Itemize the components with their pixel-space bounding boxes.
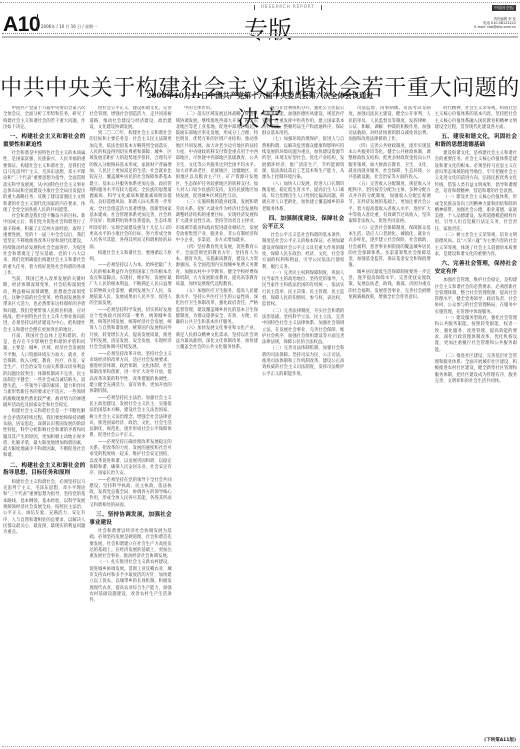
contact-line: E-mail: shb@shb.com.cn [456, 25, 516, 29]
paragraph: ——必须坚持民主法治。加强社会主义民主政治建设，发展社会主义民主，实施依法治国基… [89, 396, 171, 440]
section-heading: 五、建设和谐文化，巩固社会和谐的思想道德基础 [435, 134, 517, 149]
continuation-note: (下转第A11版) [484, 737, 516, 743]
text-column-4: 统与非营利组织分开。强化公立医院公共服务职能，加强医德医风建设，规范医疗管理，注… [262, 106, 344, 734]
paragraph: 社会和谐是我们党不懈奋斗的目标。新中国成立后，我们党为促进社会和谐进行了艰辛探索… [3, 214, 85, 277]
paragraph: 当前，我国已进入改革发展的关键时期，经济体制深刻变革，社会结构深刻变动，利益格局… [3, 277, 85, 334]
paragraph: （三）实施积极的就业政策，发展和谐劳动关系。把扩大就业作为经济社会发展和调整经济… [176, 200, 258, 244]
paragraph: 构建社会主义和谐社会，必须坚持以马克思列宁主义、毛泽东思想、邓小平理论和“三个代… [3, 480, 85, 537]
paragraph: ——必须坚持在党的领导下全社会共同建设。坚持科学执政、民主执政、依法执政，发挥党… [89, 478, 171, 509]
text-column-1: 中国共产党第十六届中央委员会第六次全体会议，全面分析了形势和任务，研究了构建社会… [3, 106, 85, 734]
section-heading: 二、构建社会主义和谐社会的指导思想、目标任务和原则 [3, 463, 85, 478]
paragraph: ——必须坚持正确处理改革发展稳定的关系。把改革的力度、发展的速度和社会可承受的程… [89, 440, 171, 478]
paragraph: 司法监督，同事制衡。司法考试等制度。加强司法民主建设，健全公开审判、人民陪审员、… [348, 106, 430, 144]
paragraph: 目前，我国社会总体上是和谐的。但是，也存在不少影响社会和谐的矛盾和问题，主要是：… [3, 334, 85, 410]
paragraph: （七）加强环境治理保护，促进人与自然相和谐。以解决危害群众健康和影响可持续发展的… [262, 137, 344, 181]
section-heading: 四、加强制度建设，保障社会公平正义 [262, 216, 344, 231]
paragraph: 中国共产党第十六届中央委员会第六次全体会议，全面分析了形势和任务，研究了构建社会… [3, 106, 85, 131]
section-heading: 一、构建社会主义和谐社会的重要性和紧迫性 [3, 134, 85, 149]
edition-title: 专版 [244, 10, 292, 45]
paragraph: 城乡居民最低生活保障制度要进一步完善，逐步提高保障水平。完善优抚安置政策。发展以… [348, 270, 430, 301]
paragraph: 构建社会主义和谐社会是一个不断化解社会矛盾的持续过程。我们要始终保持清醒头脑，居… [3, 409, 85, 459]
divider-bar [254, 5, 255, 10]
paragraph: 建设和谐文化，是构建社会主义和谐社会的重要任务。社会主义核心价值体系是建设和谐文… [435, 151, 517, 195]
paragraph: （四）坚持教育优先发展，促进教育公平。全面贯彻党的教育方针，坚持育人为本、德育为… [176, 245, 258, 289]
top-dotted-rule [0, 2, 520, 3]
paragraph: （二）落实区域发展总体战略，促进区域协调发展。继续推进西部大开发，振兴东北地区等… [176, 112, 258, 200]
article-subheadline: 2006年10月11日中国共产党第十六届中央委员会第六次全体会议通过 [0, 91, 520, 101]
paragraph: ——必须坚持改革开放。坚持社会主义市场经济的改革方向，适应社会发展要求，推进经济… [89, 352, 171, 396]
text-column-5: 司法监督，同事制衡。司法考试等制度。加强司法民主建设，健全公开审判、人民陪审员、… [348, 106, 430, 734]
paragraph: （四）完善公共财政制度，逐步实现基本公共服务均等化。健全公共财政体制，调整财政收… [348, 144, 430, 182]
bottom-dotted-rule [2, 746, 518, 747]
divider-bar [321, 5, 322, 10]
page-number-separator [37, 14, 38, 31]
paragraph: （六）加快发展文化事业和文化产业，满足人民群众精神文化需求。坚持以社会效益为最高… [176, 326, 258, 351]
paragraph: ——必须坚持以人为本。始终把最广大人民的根本利益作为党和国家工作的根本出发点和落… [89, 263, 171, 307]
issue-date: 2006年 / 10 月 16 日 / 星期一 [41, 24, 97, 30]
paragraph: ——必须坚持科学发展。切实抓好发展这个党执政兴国的第一要务，统筹城乡发展、统筹区… [89, 308, 171, 352]
paragraph: 构建社会主义和谐社会，要遵循以下原则。 [89, 251, 171, 264]
paragraph: （一）建设社会主义核心价值体系，形成全民族奋发向上的精神力量和团结和睦的精神纽带… [435, 195, 517, 233]
paragraph: （五）加强医疗卫生服务，提高人民健康水平。坚持公共医疗卫生的公益性质，深化医疗卫… [176, 289, 258, 327]
paragraph: 社会和谐要以经济社会协调发展为基础。必须坚持发展是硬道理，社会和谐首先要发展，社… [89, 529, 171, 560]
paragraph: （八）加快人口发展，促进人口长期均衡发展。稳定低生育水平，提高出生人口素质，综合… [262, 182, 344, 213]
paragraph: （三）完善司法体制机制，加强社会和谐的司法保障。坚持司法为民、公正司法，推进司法… [262, 346, 344, 377]
paragraph: （五）完善收入分配制度，规范收入分配秩序。坚持按劳分配为主体、多种分配方式并存的… [348, 182, 430, 226]
section-label-text: RESEARCH REPORT [261, 4, 315, 9]
paragraph: 统与非营利组织分开。强化公立医院公共服务职能，加强医德医风建设，规范医疗管理，注… [262, 106, 344, 137]
section-heading: 六、完善社会管理，保持社会安定有序 [435, 261, 517, 276]
section-heading: 三、坚持协调发展，加强社会事业建设 [89, 512, 171, 527]
paragraph: （一）扎实推进社会主义新农村建设，促进城乡协调发展。贯彻工业反哺农业、城市支持农… [89, 560, 171, 604]
newspaper-logo: 中国社会报 [492, 5, 516, 11]
paragraph: （六）完善社会保障制度，保障群众基本生活。适应人口老龄化、城镇化、就业方式多样化… [348, 226, 430, 270]
paragraph: （二）树立社会主义荣辱观，培育文明道德风尚。以“八荣八耻”为主要内容的社会主义荣… [435, 233, 517, 258]
editor-contact: 责任编辑 李 佳 电话 010-58122222 E-mail: shb@shb… [456, 17, 516, 29]
masthead-rule [2, 33, 518, 38]
text-column-6: 时代精神，社会主义荣辱观，构成社会主义核心价值体系的基本内容。坚持把社会主义核心… [435, 106, 517, 734]
article-body: 中国共产党第十六届中央委员会第六次全体会议，全面分析了形势和任务，研究了构建社会… [3, 106, 517, 734]
paragraph: （一）建设服务型政府，强化社会管理和公共服务职能。按照转变职能、权责一致、强化服… [435, 316, 517, 354]
paragraph: 到二〇二〇年，构建社会主义和谐社会的目标和主要任务是：社会主义民主法制更加完善，… [89, 131, 171, 251]
section-label: RESEARCH REPORT [228, 4, 348, 10]
paragraph: （二）推进社区建设，完善基层社会管理和服务体系。全面开展城市社区建设，积极推进农… [435, 354, 517, 385]
text-column-2: 进社会公平正义，建设和谐文化，完善社会管理，增强社会创造活力，走共同富裕道路，推… [89, 106, 171, 734]
paragraph: 社会公平正义是社会和谐的基本条件，制度是社会公平正义的根本保证。必须加紧建设对保… [262, 233, 344, 271]
paragraph: 社会和谐是中国特色社会主义的本质属性，是国家富强、民族振兴、人民幸福的重要保证。… [3, 151, 85, 214]
paragraph: 加强社会管理，维护社会稳定，是构建社会主义和谐社会的必然要求。必须创新社会管理体… [435, 278, 517, 316]
paragraph: 时代精神，社会主义荣辱观，构成社会主义核心价值体系的基本内容。坚持把社会主义核心… [435, 106, 517, 131]
paragraph: 进社会公平正义，建设和谐文化，完善社会管理，增强社会创造活力，走共同富裕道路，推… [89, 106, 171, 131]
text-column-3: 中的主体作用。（二）落实区域发展总体战略，促进区域协调发展。继续推进西部大开发，… [176, 106, 258, 734]
paragraph: （二）完善法律制度，夯实社会和谐的法治基础。坚持科学立法、民主立法，完善中国特色… [262, 309, 344, 347]
paragraph: （一）完善民主权利保障制度，巩固人民当家作主的政治地位。坚持党的领导、人民当家作… [262, 271, 344, 309]
